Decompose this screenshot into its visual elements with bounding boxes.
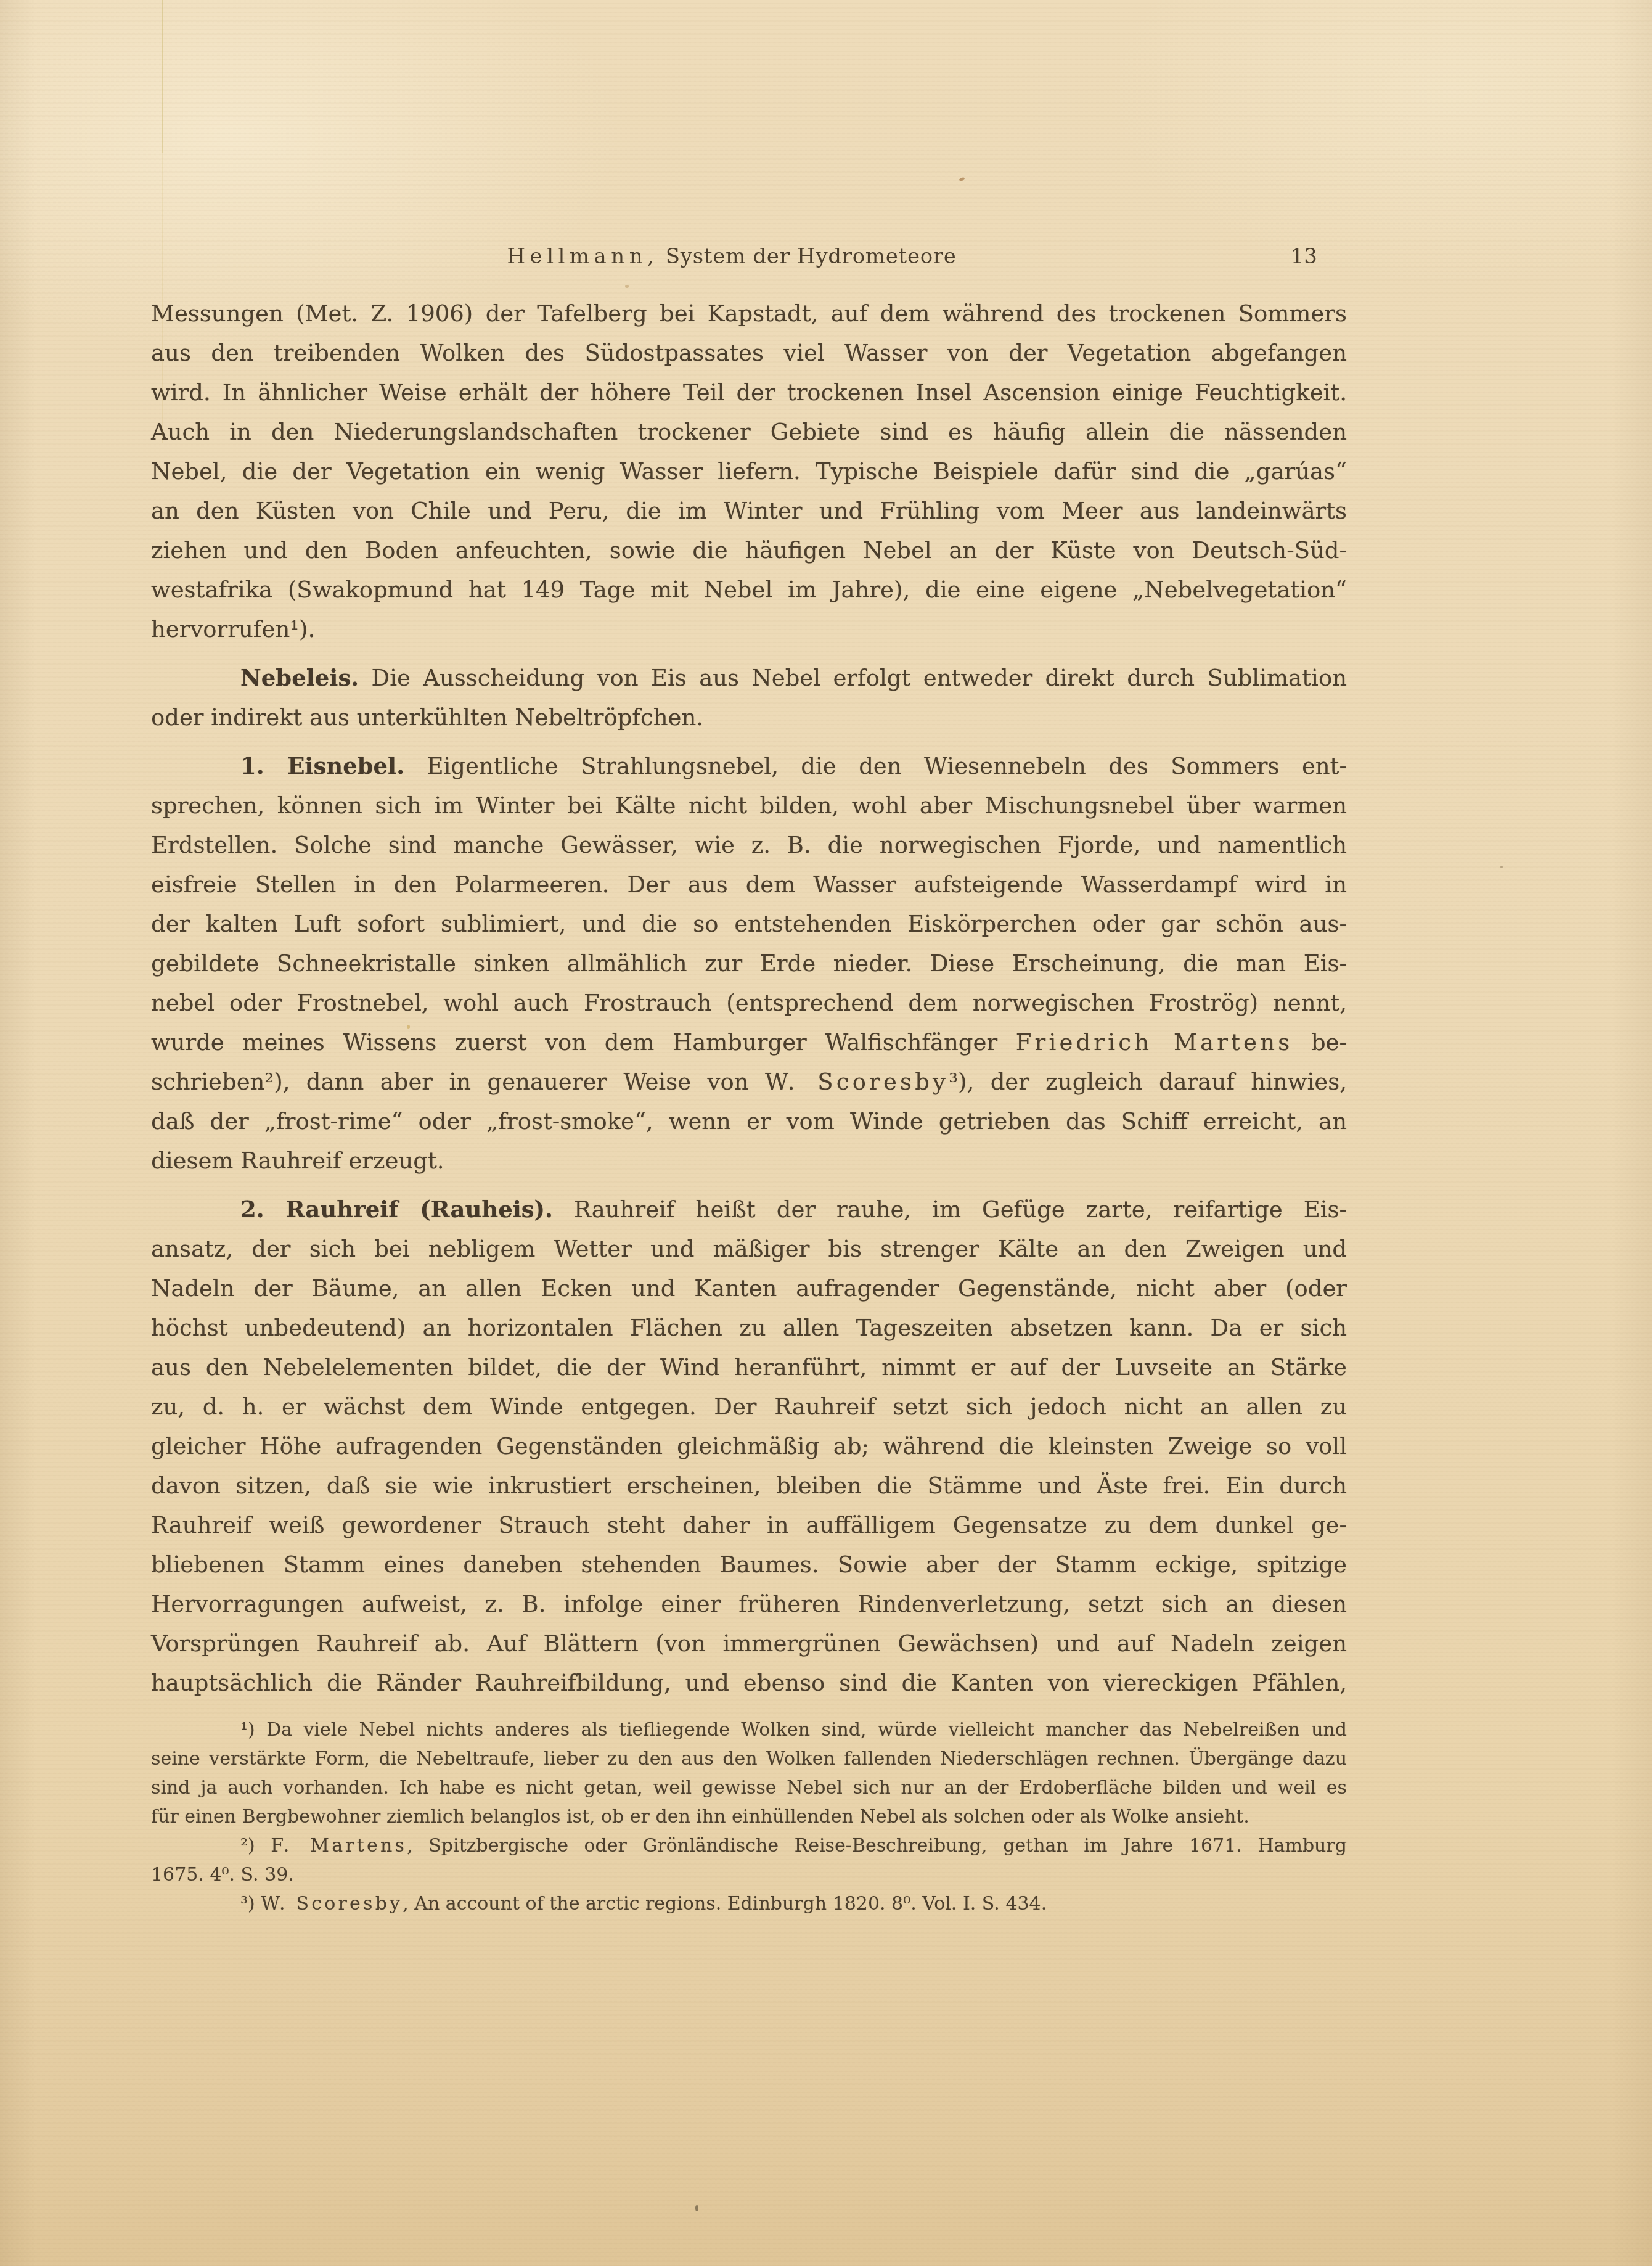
text-line: diesem Rauhreif erzeugt. xyxy=(151,1141,1347,1181)
text-line: höchst unbedeutend) an horizontalen Fläc… xyxy=(151,1308,1347,1348)
paragraph: ²) F. Martens, Spitzbergische oder Grönl… xyxy=(151,1831,1347,1889)
paper-speck xyxy=(1500,866,1503,868)
running-title-rest: System der Hydrometeore xyxy=(658,244,956,269)
text-line: ¹) Da viele Nebel nichts anderes als tie… xyxy=(151,1715,1347,1744)
paper-speck xyxy=(959,177,965,182)
text-line: Auch in den Niederungslandschaften trock… xyxy=(151,413,1347,452)
text-line: Hervorragungen aufweist, z. B. infolge e… xyxy=(151,1585,1347,1624)
text-line: ³) W. Scoresby, An account of the arctic… xyxy=(151,1889,1347,1918)
body-text: Messungen (Met. Z. 1906) der Tafelberg b… xyxy=(151,294,1347,1703)
paragraph: Messungen (Met. Z. 1906) der Tafelberg b… xyxy=(151,294,1347,649)
paper-speck xyxy=(407,1025,410,1029)
text-line: wird. In ähnlicher Weise erhält der höhe… xyxy=(151,373,1347,413)
paper-speck xyxy=(625,285,629,288)
text-line: gleicher Höhe aufragenden Gegenständen g… xyxy=(151,1427,1347,1466)
text-line: seine verstärkte Form, die Nebeltraufe, … xyxy=(151,1744,1347,1773)
text-line: westafrika (Swakopmund hat 149 Tage mit … xyxy=(151,570,1347,610)
paper-crease-faint xyxy=(162,153,163,443)
text-line: Nebel, die der Vegetation ein wenig Wass… xyxy=(151,452,1347,491)
paragraph: ¹) Da viele Nebel nichts anderes als tie… xyxy=(151,1715,1347,1831)
text-line: bliebenen Stamm eines daneben stehenden … xyxy=(151,1545,1347,1585)
text-line: daß der „frost-rime“ oder „frost-smoke“,… xyxy=(151,1102,1347,1141)
text-line: Vorsprüngen Rauhreif ab. Auf Blättern (v… xyxy=(151,1624,1347,1664)
text-line: 2. Rauhreif (Rauheis). Rauhreif heißt de… xyxy=(151,1189,1347,1229)
text-line: zu, d. h. er wächst dem Winde entgegen. … xyxy=(151,1387,1347,1427)
running-title: Hellmann, System der Hydrometeore xyxy=(134,242,1330,271)
page-number: 13 xyxy=(1291,242,1317,271)
scanned-page: Hellmann, System der Hydrometeore 13 Mes… xyxy=(0,0,1652,2266)
text-line: aus den Nebelelementen bildet, die der W… xyxy=(151,1348,1347,1387)
text-line: oder indirekt aus unterkühlten Nebeltröp… xyxy=(151,698,1347,737)
text-line: 1. Eisnebel. Eigentliche Strahlungsnebel… xyxy=(151,746,1347,786)
text-line: Messungen (Met. Z. 1906) der Tafelberg b… xyxy=(151,294,1347,334)
text-line: Rauhreif weiß gewordener Strauch steht d… xyxy=(151,1506,1347,1545)
paragraph: ³) W. Scoresby, An account of the arctic… xyxy=(151,1889,1347,1918)
text-line: hauptsächlich die Ränder Rauhreifbildung… xyxy=(151,1664,1347,1703)
text-line: gebildete Schneekristalle sinken allmähl… xyxy=(151,944,1347,983)
paper-speck xyxy=(695,2205,698,2211)
text-line: für einen Bergbewohner ziemlich belanglo… xyxy=(151,1802,1347,1831)
text-line: Nebeleis. Die Ausscheidung von Eis aus N… xyxy=(151,658,1347,698)
text-line: Nadeln der Bäume, an allen Ecken und Kan… xyxy=(151,1269,1347,1308)
running-head: Hellmann, System der Hydrometeore 13 xyxy=(151,242,1347,271)
text-line: sprechen, können sich im Winter bei Kält… xyxy=(151,786,1347,826)
text-line: hervorrufen¹). xyxy=(151,610,1347,649)
text-line: schrieben²), dann aber in genauerer Weis… xyxy=(151,1062,1347,1102)
text-line: aus den treibenden Wolken des Südostpass… xyxy=(151,334,1347,373)
text-line: an den Küsten von Chile und Peru, die im… xyxy=(151,491,1347,531)
paragraph: Nebeleis. Die Ausscheidung von Eis aus N… xyxy=(151,658,1347,737)
text-line: ziehen und den Boden anfeuchten, sowie d… xyxy=(151,531,1347,570)
text-line: sind ja auch vorhanden. Ich habe es nich… xyxy=(151,1773,1347,1802)
text-line: Erdstellen. Solche sind manche Gewässer,… xyxy=(151,826,1347,865)
paragraph: 1. Eisnebel. Eigentliche Strahlungsnebel… xyxy=(151,746,1347,1181)
running-title-author: Hellmann, xyxy=(507,244,658,269)
text-line: ²) F. Martens, Spitzbergische oder Grönl… xyxy=(151,1831,1347,1860)
text-line: eisfreie Stellen in den Polarmeeren. Der… xyxy=(151,865,1347,905)
text-line: der kalten Luft sofort sublimiert, und d… xyxy=(151,905,1347,944)
text-line: ansatz, der sich bei nebligem Wetter und… xyxy=(151,1229,1347,1269)
text-line: nebel oder Frostnebel, wohl auch Frostra… xyxy=(151,983,1347,1023)
text-line: 1675. 4⁰. S. 39. xyxy=(151,1860,1347,1889)
footnotes: ¹) Da viele Nebel nichts anderes als tie… xyxy=(151,1715,1347,1918)
paper-crease xyxy=(162,0,163,153)
text-line: davon sitzen, daß sie wie inkrustiert er… xyxy=(151,1466,1347,1506)
text-line: wurde meines Wissens zuerst von dem Hamb… xyxy=(151,1023,1347,1062)
paragraph: 2. Rauhreif (Rauheis). Rauhreif heißt de… xyxy=(151,1189,1347,1703)
